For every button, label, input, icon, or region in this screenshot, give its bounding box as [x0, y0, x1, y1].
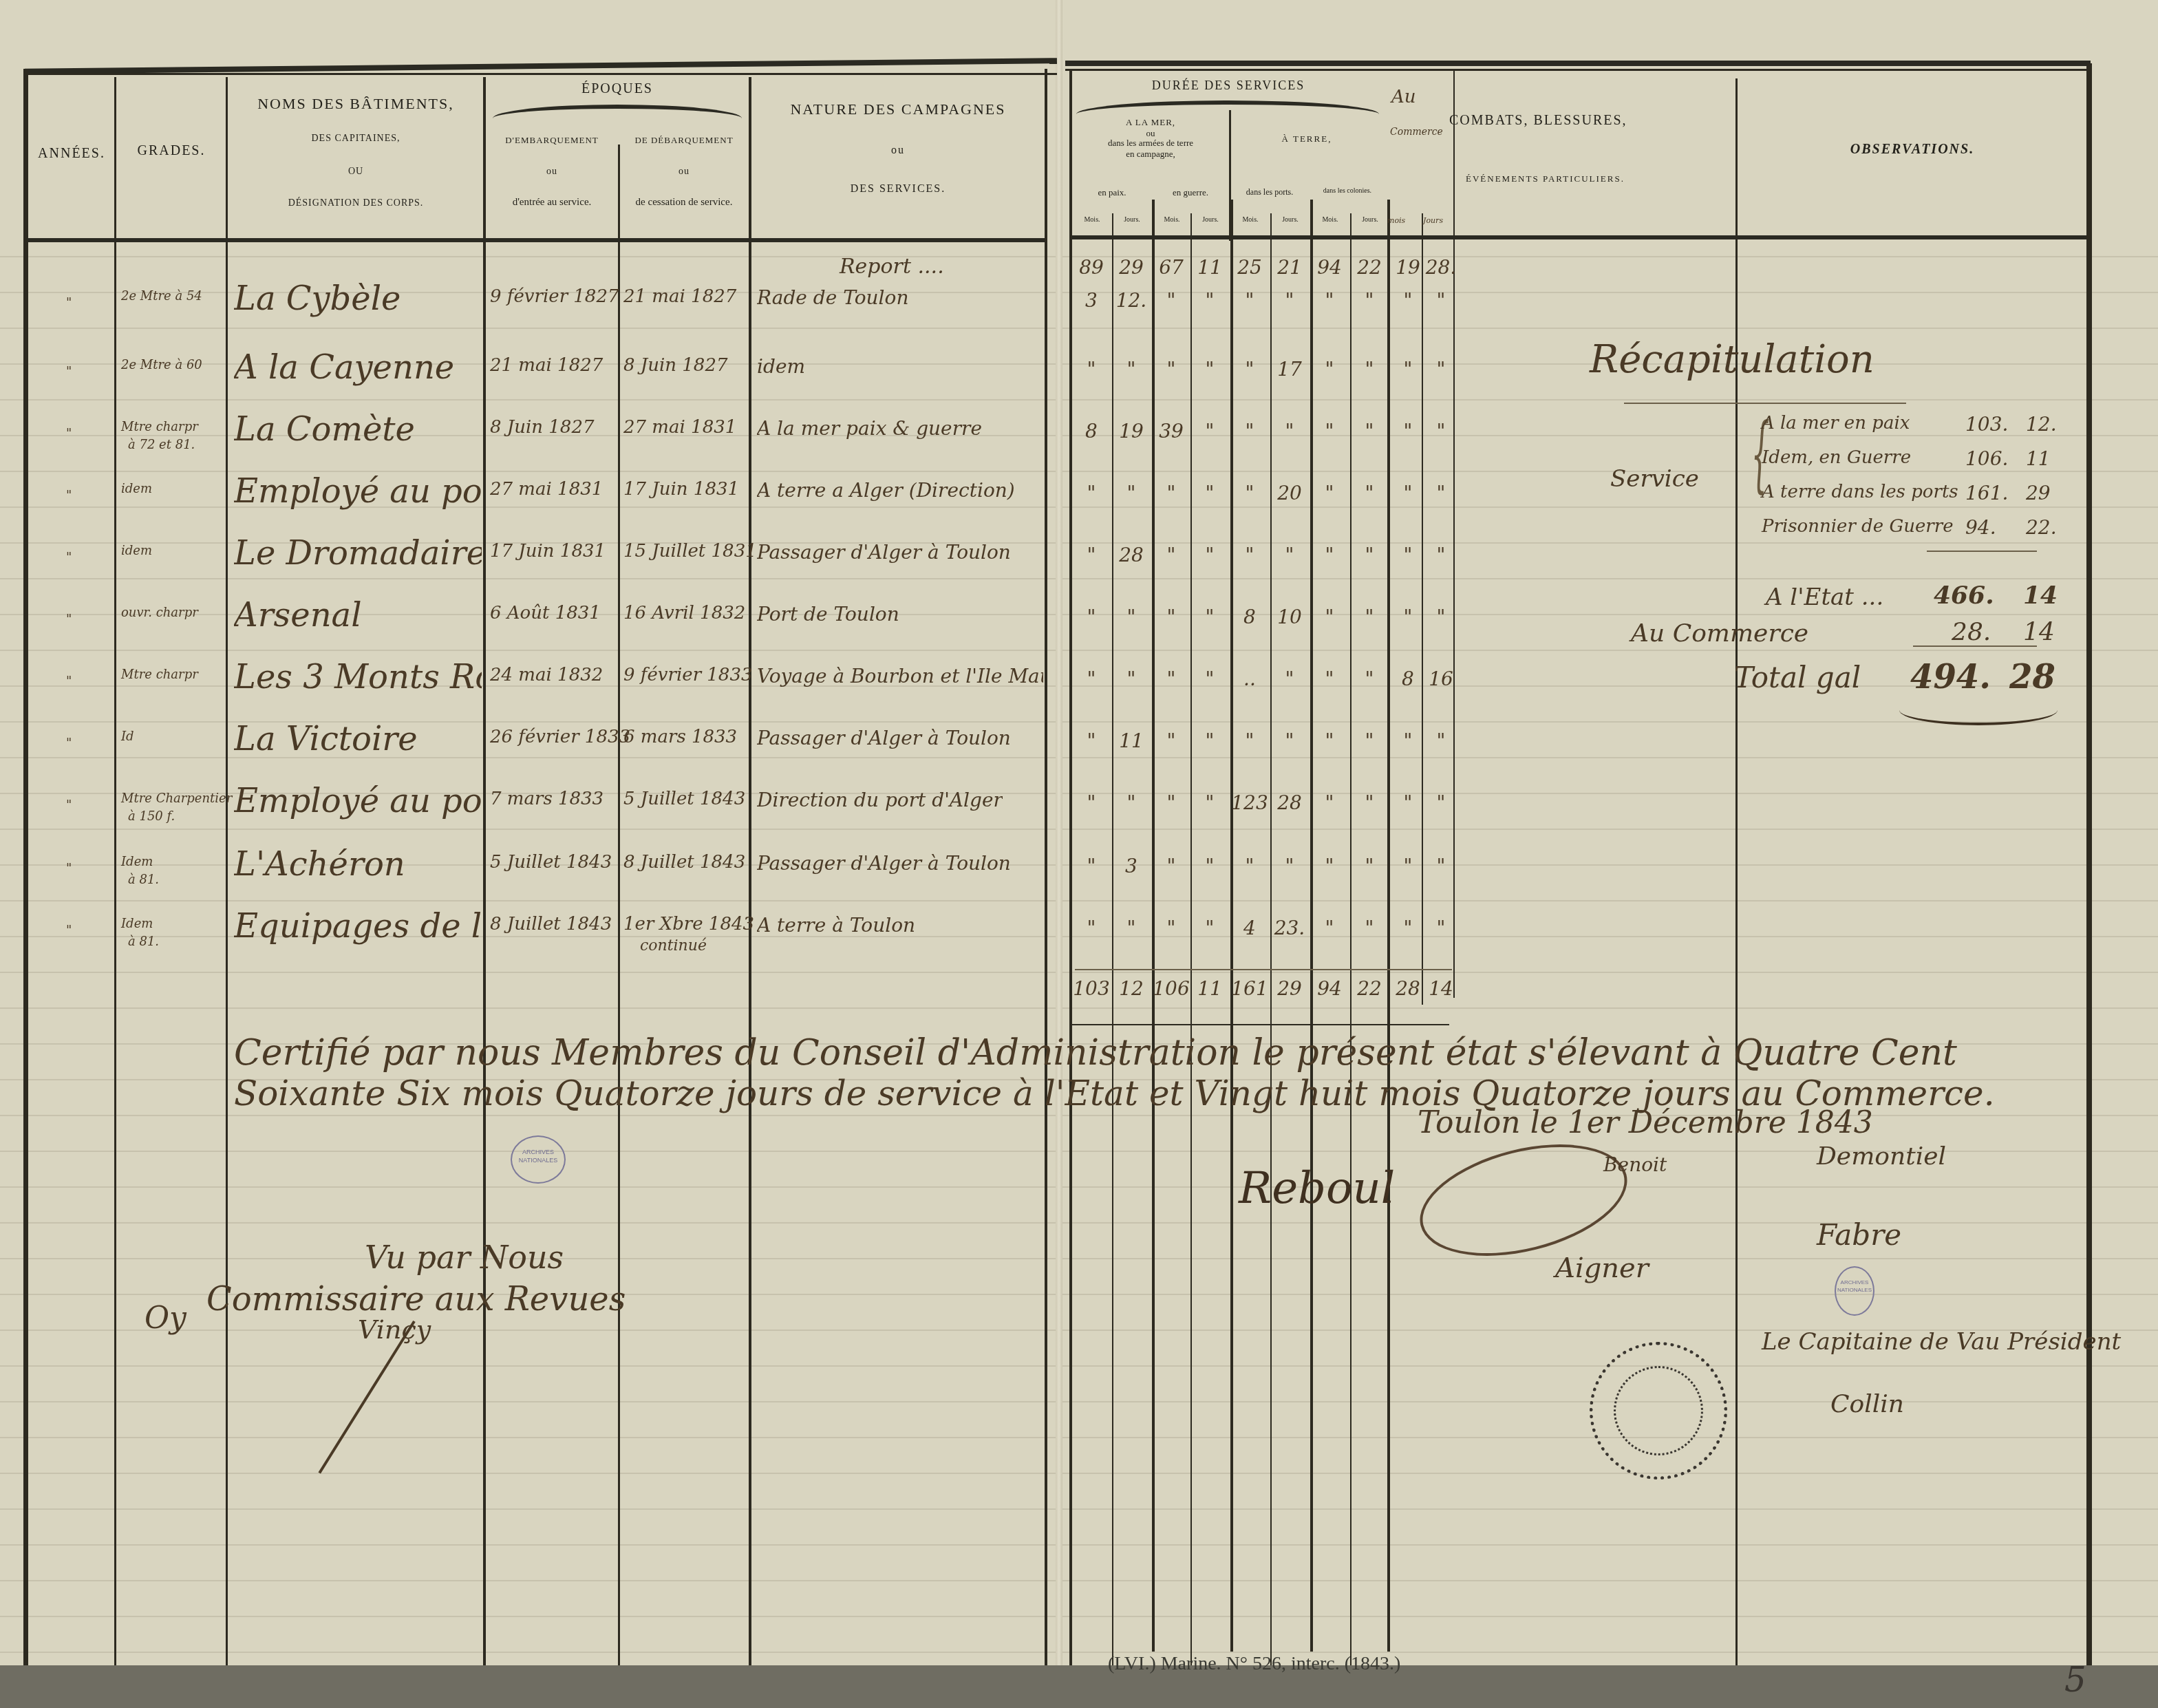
duration-cell: 28 — [1270, 791, 1309, 814]
header-debarquement-line2: ou — [619, 167, 749, 178]
nature-cell: Port de Toulon — [757, 603, 899, 626]
duration-cell: " — [1230, 358, 1269, 381]
ruled-line — [0, 1473, 2158, 1474]
header-combats-line1: COMBATS, BLESSURES, — [1449, 113, 1683, 129]
duration-cell: " — [1422, 544, 1460, 566]
top-border-right — [1065, 61, 2091, 66]
duration-cell: 123 — [1230, 791, 1269, 814]
recap-item-mois: 103. — [1965, 413, 2008, 436]
header-a-la-mer-line4: en campagne, — [1072, 149, 1229, 160]
header-mois: Mois. — [1230, 216, 1270, 224]
grade-cell: Idem — [121, 855, 153, 869]
duration-cell: " — [1422, 289, 1460, 312]
duration-cell: " — [1190, 917, 1229, 939]
recap-commerce-label: Au Commerce — [1631, 619, 1808, 648]
grade-cell: idem — [121, 544, 152, 558]
recap-total-label: Total gal — [1734, 661, 1861, 694]
annee-cell: " — [66, 427, 72, 441]
header-noms-line1: NOMS DES BÂTIMENTS, — [228, 95, 483, 113]
duration-cell: 11 — [1190, 977, 1229, 1000]
duration-cell: " — [1310, 606, 1349, 628]
nature-cell: A terre à Toulon — [757, 914, 915, 937]
stamp-line2: NATIONALES — [512, 1156, 564, 1164]
debarquement-date-cell: 9 février 1833 — [623, 665, 753, 685]
recap-item-jours: 29 — [2026, 482, 2051, 504]
header-bottom-rule-left — [28, 238, 1045, 242]
page-number: 5 — [2064, 1660, 2086, 1700]
duration-cell: " — [1112, 791, 1151, 814]
recap-etat-jours: 14 — [2023, 581, 2058, 610]
header-observations: OBSERVATIONS. — [1738, 142, 2086, 158]
header-combats-line2: ÉVÉNEMENTS PARTICULIERS. — [1466, 173, 1672, 184]
duration-cell: " — [1190, 482, 1229, 504]
recap-commerce-mois: 28. — [1952, 618, 1991, 646]
ruled-line — [0, 1508, 2158, 1510]
col-sep-epoques — [618, 145, 620, 1665]
duration-cell: " — [1230, 729, 1269, 752]
recap-title: Récapitulation — [1590, 337, 1874, 382]
duration-cell: " — [1152, 668, 1190, 690]
stamp-line2: NATIONALES — [1836, 1286, 1873, 1294]
embarquement-date-cell: 24 mai 1832 — [490, 665, 603, 685]
duration-cell: " — [1190, 668, 1229, 690]
duration-cell: " — [1270, 668, 1309, 690]
duration-cell: 22 — [1350, 977, 1389, 1000]
embarquement-date-cell: 17 Juin 1831 — [490, 541, 606, 562]
header-embarquement-line3: d'entrée au service. — [486, 197, 618, 209]
ship-name-cell: Employé au port d'Alger — [234, 472, 482, 511]
grade-detail-cell: à 81. — [128, 873, 159, 887]
duration-cell: 10 — [1270, 606, 1309, 628]
certification-place-date: Toulon le 1er Décembre 1843 — [1418, 1105, 1873, 1140]
duration-cell: 39 — [1152, 420, 1190, 442]
duration-cell: 29 — [1270, 977, 1309, 1000]
ruled-line — [0, 1437, 2158, 1438]
duration-cell: " — [1310, 668, 1349, 690]
ruled-line — [0, 650, 2158, 651]
ruled-line — [0, 1616, 2158, 1617]
duration-cell: 25 — [1230, 256, 1269, 279]
duration-cell: " — [1230, 289, 1269, 312]
duration-cell: " — [1190, 791, 1229, 814]
ship-name-cell: La Victoire — [234, 720, 418, 758]
recap-title-rule — [1624, 403, 1906, 404]
duration-cell: " — [1112, 358, 1151, 381]
debarquement-date-cell: 15 Juillet 1831 — [623, 541, 757, 562]
debarquement-date-cell: 8 Juillet 1843 — [623, 852, 745, 873]
nature-cell: Passager d'Alger à Toulon — [757, 541, 1011, 564]
header-dans-les-colonies: dans les colonies. — [1310, 187, 1385, 195]
debarquement-date-cell: 8 Juin 1827 — [623, 355, 727, 376]
duration-cell: " — [1112, 668, 1151, 690]
duration-cell: 3 — [1072, 289, 1111, 312]
debarquement-date-cell: 5 Juillet 1843 — [623, 789, 745, 809]
duration-cell: 4 — [1230, 917, 1269, 939]
header-mois: Mois. — [1152, 216, 1192, 224]
ruled-line — [0, 328, 2158, 329]
header-commerce-mois: mois — [1387, 216, 1405, 225]
duration-cell: " — [1230, 544, 1269, 566]
header-annees: ANNÉES. — [29, 146, 114, 162]
embarquement-date-cell: 7 mars 1833 — [490, 789, 603, 809]
header-nature-line3: DES SERVICES. — [751, 183, 1045, 195]
vu-par-nous: Vu par Nous — [365, 1239, 564, 1276]
archives-nationales-stamp: ARCHIVES NATIONALES — [1835, 1266, 1874, 1316]
signature-president: Collin — [1830, 1390, 1904, 1418]
duration-cell: " — [1310, 420, 1349, 442]
duration-cell: " — [1072, 606, 1111, 628]
embarquement-date-cell: 6 Août 1831 — [490, 603, 601, 623]
grade-cell: Mtre charpr — [121, 420, 198, 434]
header-mois: Mois. — [1072, 216, 1112, 224]
duration-cell: 21 — [1270, 256, 1309, 279]
left-border — [23, 69, 28, 1665]
duration-cell: .. — [1230, 668, 1269, 690]
annee-cell: " — [66, 924, 72, 938]
grade-cell: ouvr. charpr — [121, 606, 198, 620]
duration-cell: 94 — [1310, 977, 1349, 1000]
header-a-la-mer-line1: A LA MER, — [1072, 117, 1229, 128]
signature-fabre: Fabre — [1817, 1218, 1901, 1252]
form-reference: (LVI.) Marine. N° 526, interc. (1843.) — [1108, 1653, 1400, 1675]
embarquement-date-cell: 8 Juin 1827 — [490, 417, 594, 438]
duration-cell: 14 — [1422, 977, 1460, 1000]
header-duree-title: DURÉE DES SERVICES — [1072, 78, 1385, 93]
duration-cell: " — [1422, 917, 1460, 939]
grade-cell: Mtre Charpentier — [121, 791, 232, 806]
duration-cell: " — [1230, 420, 1269, 442]
duration-cell: " — [1190, 729, 1229, 752]
duration-cell: " — [1152, 729, 1190, 752]
duration-cell: 28 — [1112, 544, 1151, 566]
duration-cell: " — [1310, 482, 1349, 504]
duration-cell: 19 — [1112, 420, 1151, 442]
annee-cell: " — [66, 365, 72, 379]
ship-name-cell: Equipages de ligne — [234, 907, 482, 946]
duration-cell: 23. — [1270, 917, 1309, 939]
header-jours: Jours. — [1190, 216, 1230, 224]
nature-cell: A la mer paix & guerre — [757, 417, 982, 440]
signature-benoit: Benoit — [1603, 1153, 1667, 1176]
nature-cell: Passager d'Alger à Toulon — [757, 727, 1011, 749]
duration-cell: " — [1230, 482, 1269, 504]
grade-cell: Id — [121, 729, 134, 744]
duration-cell: 106 — [1152, 977, 1190, 1000]
header-debarquement-line1: DE DÉBARQUEMENT — [619, 135, 749, 146]
annee-cell: " — [66, 862, 72, 876]
grade-cell: 2e Mtre à 60 — [121, 358, 202, 372]
debarquement-date-cell: 16 Avril 1832 — [623, 603, 745, 623]
col-sep-noms — [483, 77, 486, 1665]
duration-cell: " — [1350, 420, 1389, 442]
header-commerce-jours: Jours — [1423, 216, 1443, 225]
duration-cell: " — [1152, 482, 1190, 504]
ruled-line — [0, 900, 2158, 901]
duration-cell: " — [1152, 855, 1190, 877]
duration-cell: " — [1310, 358, 1349, 381]
duration-cell: " — [1310, 917, 1349, 939]
ship-name-cell: Employé au port d'Alger — [234, 782, 482, 820]
duration-cell: 11 — [1190, 256, 1229, 279]
annee-cell: " — [66, 798, 72, 813]
duration-cell: 8 — [1230, 606, 1269, 628]
recap-subtotal-rule — [1927, 551, 2037, 552]
archives-nationales-stamp: ARCHIVES NATIONALES — [511, 1135, 566, 1184]
duration-cell: " — [1072, 791, 1111, 814]
ruled-line — [0, 1544, 2158, 1546]
page-gutter — [1056, 0, 1062, 1665]
duration-cell: " — [1190, 289, 1229, 312]
top-rule-left — [25, 73, 1057, 75]
header-commerce-au: Au — [1391, 87, 1416, 107]
duration-cell: " — [1350, 917, 1389, 939]
header-commerce-title: Commerce — [1390, 127, 1443, 138]
duration-cell: " — [1422, 855, 1460, 877]
duration-cell: " — [1270, 420, 1309, 442]
ship-name-cell: Les 3 Monts Rouges — [234, 658, 482, 696]
duration-cell: " — [1152, 917, 1190, 939]
header-nature-line2: ou — [751, 145, 1045, 157]
duration-cell: " — [1152, 289, 1190, 312]
recap-total-jours: 28 — [2009, 658, 2055, 696]
nature-cell: Rade de Toulon — [757, 286, 908, 309]
duration-cell: " — [1422, 606, 1460, 628]
ruled-line — [0, 829, 2158, 830]
duration-cell: 3 — [1112, 855, 1151, 877]
duration-cell: " — [1350, 791, 1389, 814]
recap-commerce-jours: 14 — [2023, 618, 2055, 646]
duration-cell: 89 — [1072, 256, 1111, 279]
ruled-line — [0, 972, 2158, 973]
debarquement-date-cell: 1er Xbre 1843 — [623, 914, 754, 935]
duration-cell: " — [1072, 917, 1111, 939]
embarquement-date-cell: 9 février 1827 — [490, 286, 619, 307]
duration-cell: " — [1152, 544, 1190, 566]
recap-item-label: A terre dans les ports — [1762, 482, 1958, 502]
header-a-la-mer-line3: dans les armées de terre — [1072, 138, 1229, 149]
duration-cell: " — [1072, 482, 1111, 504]
ship-name-cell: A la Cayenne — [234, 348, 454, 387]
recap-item-mois: 94. — [1965, 516, 1996, 539]
duration-cell: " — [1350, 289, 1389, 312]
duration-cell: 8 — [1072, 420, 1111, 442]
vu-marker: Oy — [145, 1301, 186, 1336]
duration-cell: " — [1350, 668, 1389, 690]
capitaine-president-label: Le Capitaine de Vau Président — [1762, 1328, 2121, 1356]
ship-name-cell: La Comète — [234, 410, 415, 449]
recap-total-rule — [1913, 645, 2037, 647]
ship-name-cell: La Cybèle — [234, 279, 400, 318]
duration-cell: " — [1310, 791, 1349, 814]
col-sep-grades — [226, 77, 228, 1665]
ruled-line — [0, 578, 2158, 579]
ruled-line — [0, 1652, 2158, 1653]
grade-detail-cell: à 72 et 81. — [128, 438, 195, 452]
embarquement-date-cell: 21 mai 1827 — [490, 355, 603, 376]
recap-item-label: Prisonnier de Guerre — [1762, 516, 1954, 537]
footer-band — [0, 1665, 2158, 1708]
header-embarquement-line1: D'EMBARQUEMENT — [486, 135, 618, 146]
duration-cell: 103 — [1072, 977, 1111, 1000]
duration-cell: 11 — [1112, 729, 1151, 752]
nature-cell: idem — [757, 355, 805, 378]
header-noms-line3: OU — [228, 167, 483, 178]
duration-cell: 94 — [1310, 256, 1349, 279]
duration-cell: 29 — [1112, 256, 1151, 279]
duration-cell: " — [1270, 289, 1309, 312]
header-epoques-title: ÉPOQUES — [486, 81, 749, 97]
duration-cell: " — [1190, 606, 1229, 628]
header-en-paix: en paix. — [1072, 187, 1152, 198]
duration-cell: " — [1072, 544, 1111, 566]
duration-cell: 12. — [1112, 289, 1151, 312]
embarquement-date-cell: 8 Juillet 1843 — [490, 914, 612, 935]
ruled-line — [0, 1186, 2158, 1188]
duration-cell: 161 — [1230, 977, 1269, 1000]
ship-name-cell: Le Dromadaire — [234, 534, 482, 573]
header-noms-line2: DES CAPITAINES, — [228, 134, 483, 145]
grade-cell: idem — [121, 482, 152, 496]
annee-cell: " — [66, 296, 72, 310]
duration-cell: " — [1310, 729, 1349, 752]
duration-cell: " — [1270, 544, 1309, 566]
duration-cell: " — [1190, 420, 1229, 442]
header-mois: Mois. — [1310, 216, 1350, 224]
duration-cell: " — [1190, 358, 1229, 381]
recap-service-label: Service — [1610, 465, 1699, 493]
recap-item-mois: 161. — [1965, 482, 2008, 504]
debarquement-date-cell: 17 Juin 1831 — [623, 479, 739, 500]
nature-cell: Direction du port d'Alger — [757, 789, 1003, 811]
duration-cell: " — [1350, 482, 1389, 504]
signature-aigner: Aigner — [1555, 1252, 1649, 1284]
header-jours: Jours. — [1270, 216, 1310, 224]
duration-cell: " — [1310, 289, 1349, 312]
duration-cell: 28. — [1422, 256, 1460, 279]
col-sep-annees — [114, 77, 116, 1665]
header-debarquement-line3: de cessation de service. — [619, 197, 749, 209]
recap-etat-mois: 466. — [1934, 581, 1994, 610]
duration-cell: " — [1112, 482, 1151, 504]
duration-cell: " — [1270, 855, 1309, 877]
nature-cell: A terre a Alger (Direction) — [757, 479, 1015, 502]
duration-cell: " — [1350, 855, 1389, 877]
header-embarquement-line2: ou — [486, 167, 618, 178]
ruled-line — [0, 1258, 2158, 1259]
duration-cell: " — [1112, 917, 1151, 939]
header-nature-line1: NATURE DES CAMPAGNES — [751, 100, 1045, 118]
duration-cell: " — [1350, 358, 1389, 381]
ruled-line — [0, 1365, 2158, 1367]
duration-cell: " — [1310, 544, 1349, 566]
header-dans-les-ports: dans les ports. — [1230, 187, 1309, 198]
embarquement-date-cell: 27 mai 1831 — [490, 479, 603, 500]
duration-cell: " — [1422, 482, 1460, 504]
grade-detail-cell: à 150 f. — [128, 809, 175, 824]
nature-cell: Voyage à Bourbon et l'Ile Maurice — [757, 665, 1043, 687]
duration-cell: " — [1072, 855, 1111, 877]
duration-cell: " — [1310, 855, 1349, 877]
duration-cell: " — [1270, 729, 1309, 752]
duration-cell: 12 — [1112, 977, 1151, 1000]
duration-cell: " — [1230, 855, 1269, 877]
header-jours: Jours. — [1350, 216, 1390, 224]
duration-cell: " — [1422, 358, 1460, 381]
embarquement-date-cell: 26 février 1833 — [490, 727, 630, 747]
duration-cell: 22 — [1350, 256, 1389, 279]
duration-cell: " — [1152, 791, 1190, 814]
duration-cell: " — [1072, 668, 1111, 690]
recap-item-mois: 106. — [1965, 447, 2008, 470]
recap-item-label: A la mer en paix — [1762, 413, 1910, 434]
stamp-line1: ARCHIVES — [512, 1148, 564, 1156]
header-grades: GRADES. — [117, 143, 226, 159]
col-sep-epoques-right — [749, 77, 751, 1665]
totals-bottom-rule — [1072, 1024, 1449, 1025]
duration-cell: 17 — [1270, 358, 1309, 381]
top-rule-right — [1065, 69, 2091, 71]
recap-item-jours: 11 — [2026, 447, 2051, 470]
duration-cell: " — [1190, 544, 1229, 566]
ruled-line — [0, 1007, 2158, 1009]
debarquement-date-cell: 27 mai 1831 — [623, 417, 736, 438]
annee-cell: " — [66, 612, 72, 627]
col-sep-nature-right — [1045, 69, 1047, 1665]
signature-demontiel: Demontiel — [1817, 1142, 1946, 1171]
ship-name-cell: L'Achéron — [234, 845, 405, 884]
continue-note: continué — [640, 937, 707, 954]
duration-cell: " — [1072, 729, 1111, 752]
duration-cell: 16 — [1422, 668, 1460, 690]
recap-item-jours: 22. — [2026, 516, 2057, 539]
signature-reboul: Reboul — [1239, 1163, 1395, 1214]
grade-cell: Idem — [121, 917, 153, 931]
duration-cell: " — [1190, 855, 1229, 877]
recap-etat-label: A l'Etat ... — [1766, 584, 1883, 611]
header-bottom-rule-right — [1072, 235, 2086, 239]
duration-cell: " — [1350, 544, 1389, 566]
duration-cell: " — [1112, 606, 1151, 628]
certification-line1: Certifié par nous Membres du Conseil d'A… — [234, 1032, 1957, 1074]
commissaire-signature: Vinçy — [358, 1314, 431, 1345]
recap-item-label: Idem, en Guerre — [1762, 447, 1911, 468]
nature-cell: Passager d'Alger à Toulon — [757, 852, 1011, 875]
debarquement-date-cell: 21 mai 1827 — [623, 286, 736, 307]
recap-flourish-icon — [1899, 695, 2058, 725]
duration-cell: " — [1152, 358, 1190, 381]
grade-cell: 2e Mtre à 54 — [121, 289, 202, 303]
duration-cell: 20 — [1270, 482, 1309, 504]
header-jours: Jours. — [1112, 216, 1152, 224]
totals-rule — [1075, 969, 1452, 970]
grade-cell: Mtre charpr — [121, 668, 198, 682]
header-en-guerre: en guerre. — [1152, 187, 1229, 198]
duration-cell: 67 — [1152, 256, 1190, 279]
embarquement-date-cell: 5 Juillet 1843 — [490, 852, 612, 873]
ruled-line — [0, 399, 2158, 401]
debarquement-date-cell: 6 mars 1833 — [623, 727, 737, 747]
report-label: Report .... — [840, 255, 944, 279]
ship-name-cell: Arsenal — [234, 596, 362, 634]
annee-cell: " — [66, 674, 72, 689]
annee-cell: " — [66, 736, 72, 751]
annee-cell: " — [66, 489, 72, 503]
header-a-terre: À TERRE, — [1229, 134, 1385, 145]
duration-cell: " — [1072, 358, 1111, 381]
ruled-line — [0, 1580, 2158, 1581]
recap-total-mois: 494. — [1910, 658, 1991, 696]
duration-cell: " — [1422, 420, 1460, 442]
